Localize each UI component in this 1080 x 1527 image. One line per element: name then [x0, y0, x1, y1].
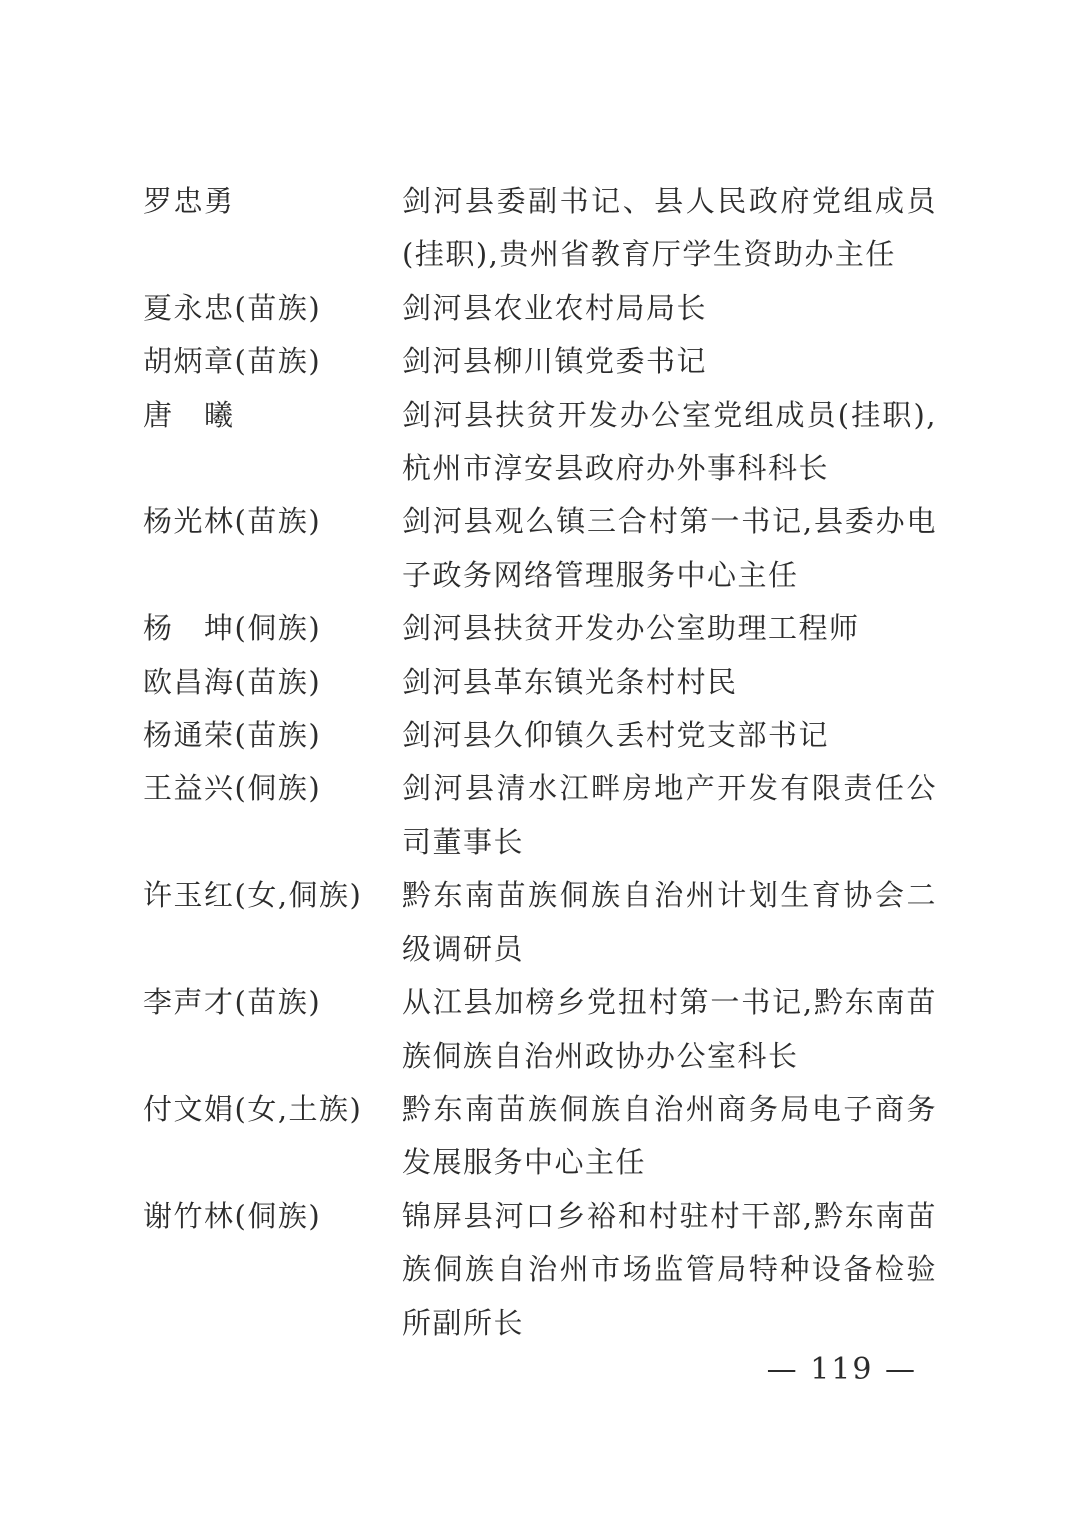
- person-name: 胡炳章(苗族): [143, 335, 402, 388]
- page-number: — 119 —: [767, 1352, 917, 1388]
- person-name: 欧昌海(苗族): [143, 656, 402, 709]
- person-name: 杨通荣(苗族): [143, 709, 402, 762]
- document-page: 罗忠勇 剑河县委副书记、县人民政府党组成员(挂职),贵州省教育厅学生资助办主任 …: [0, 0, 1080, 1527]
- person-title: 黔东南苗族侗族自治州商务局电子商务发展服务中心主任: [402, 1083, 937, 1190]
- person-name: 夏永忠(苗族): [143, 282, 402, 335]
- person-name: 许玉红(女,侗族): [143, 869, 402, 922]
- person-title: 剑河县扶贫开发办公室助理工程师: [402, 602, 937, 655]
- person-name: 唐 曦: [143, 389, 402, 442]
- list-item: 许玉红(女,侗族) 黔东南苗族侗族自治州计划生育协会二级调研员: [143, 869, 937, 976]
- person-name: 李声才(苗族): [143, 976, 402, 1029]
- person-name: 王益兴(侗族): [143, 762, 402, 815]
- person-title: 剑河县农业农村局局长: [402, 282, 937, 335]
- person-title: 黔东南苗族侗族自治州计划生育协会二级调研员: [402, 869, 937, 976]
- person-name: 付文娟(女,土族): [143, 1083, 402, 1136]
- list-item: 夏永忠(苗族) 剑河县农业农村局局长: [143, 282, 937, 335]
- honoree-list: 罗忠勇 剑河县委副书记、县人民政府党组成员(挂职),贵州省教育厅学生资助办主任 …: [143, 175, 937, 1350]
- person-title: 剑河县扶贫开发办公室党组成员(挂职),杭州市淳安县政府办外事科科长: [402, 389, 937, 496]
- person-name: 罗忠勇: [143, 175, 402, 228]
- person-title: 锦屏县河口乡裕和村驻村干部,黔东南苗族侗族自治州市场监管局特种设备检验所副所长: [402, 1190, 937, 1350]
- person-title: 剑河县革东镇光条村村民: [402, 656, 937, 709]
- list-item: 杨光林(苗族) 剑河县观么镇三合村第一书记,县委办电子政务网络管理服务中心主任: [143, 495, 937, 602]
- list-item: 唐 曦 剑河县扶贫开发办公室党组成员(挂职),杭州市淳安县政府办外事科科长: [143, 389, 937, 496]
- person-name: 谢竹林(侗族): [143, 1190, 402, 1243]
- list-item: 胡炳章(苗族) 剑河县柳川镇党委书记: [143, 335, 937, 388]
- person-name: 杨 坤(侗族): [143, 602, 402, 655]
- person-title: 从江县加榜乡党扭村第一书记,黔东南苗族侗族自治州政协办公室科长: [402, 976, 937, 1083]
- list-item: 杨通荣(苗族) 剑河县久仰镇久丢村党支部书记: [143, 709, 937, 762]
- person-name: 杨光林(苗族): [143, 495, 402, 548]
- person-title: 剑河县柳川镇党委书记: [402, 335, 937, 388]
- list-item: 谢竹林(侗族) 锦屏县河口乡裕和村驻村干部,黔东南苗族侗族自治州市场监管局特种设…: [143, 1190, 937, 1350]
- list-item: 付文娟(女,土族) 黔东南苗族侗族自治州商务局电子商务发展服务中心主任: [143, 1083, 937, 1190]
- list-item: 欧昌海(苗族) 剑河县革东镇光条村村民: [143, 656, 937, 709]
- person-title: 剑河县观么镇三合村第一书记,县委办电子政务网络管理服务中心主任: [402, 495, 937, 602]
- list-item: 罗忠勇 剑河县委副书记、县人民政府党组成员(挂职),贵州省教育厅学生资助办主任: [143, 175, 937, 282]
- list-item: 李声才(苗族) 从江县加榜乡党扭村第一书记,黔东南苗族侗族自治州政协办公室科长: [143, 976, 937, 1083]
- person-title: 剑河县委副书记、县人民政府党组成员(挂职),贵州省教育厅学生资助办主任: [402, 175, 937, 282]
- list-item: 王益兴(侗族) 剑河县清水江畔房地产开发有限责任公司董事长: [143, 762, 937, 869]
- person-title: 剑河县清水江畔房地产开发有限责任公司董事长: [402, 762, 937, 869]
- person-title: 剑河县久仰镇久丢村党支部书记: [402, 709, 937, 762]
- list-item: 杨 坤(侗族) 剑河县扶贫开发办公室助理工程师: [143, 602, 937, 655]
